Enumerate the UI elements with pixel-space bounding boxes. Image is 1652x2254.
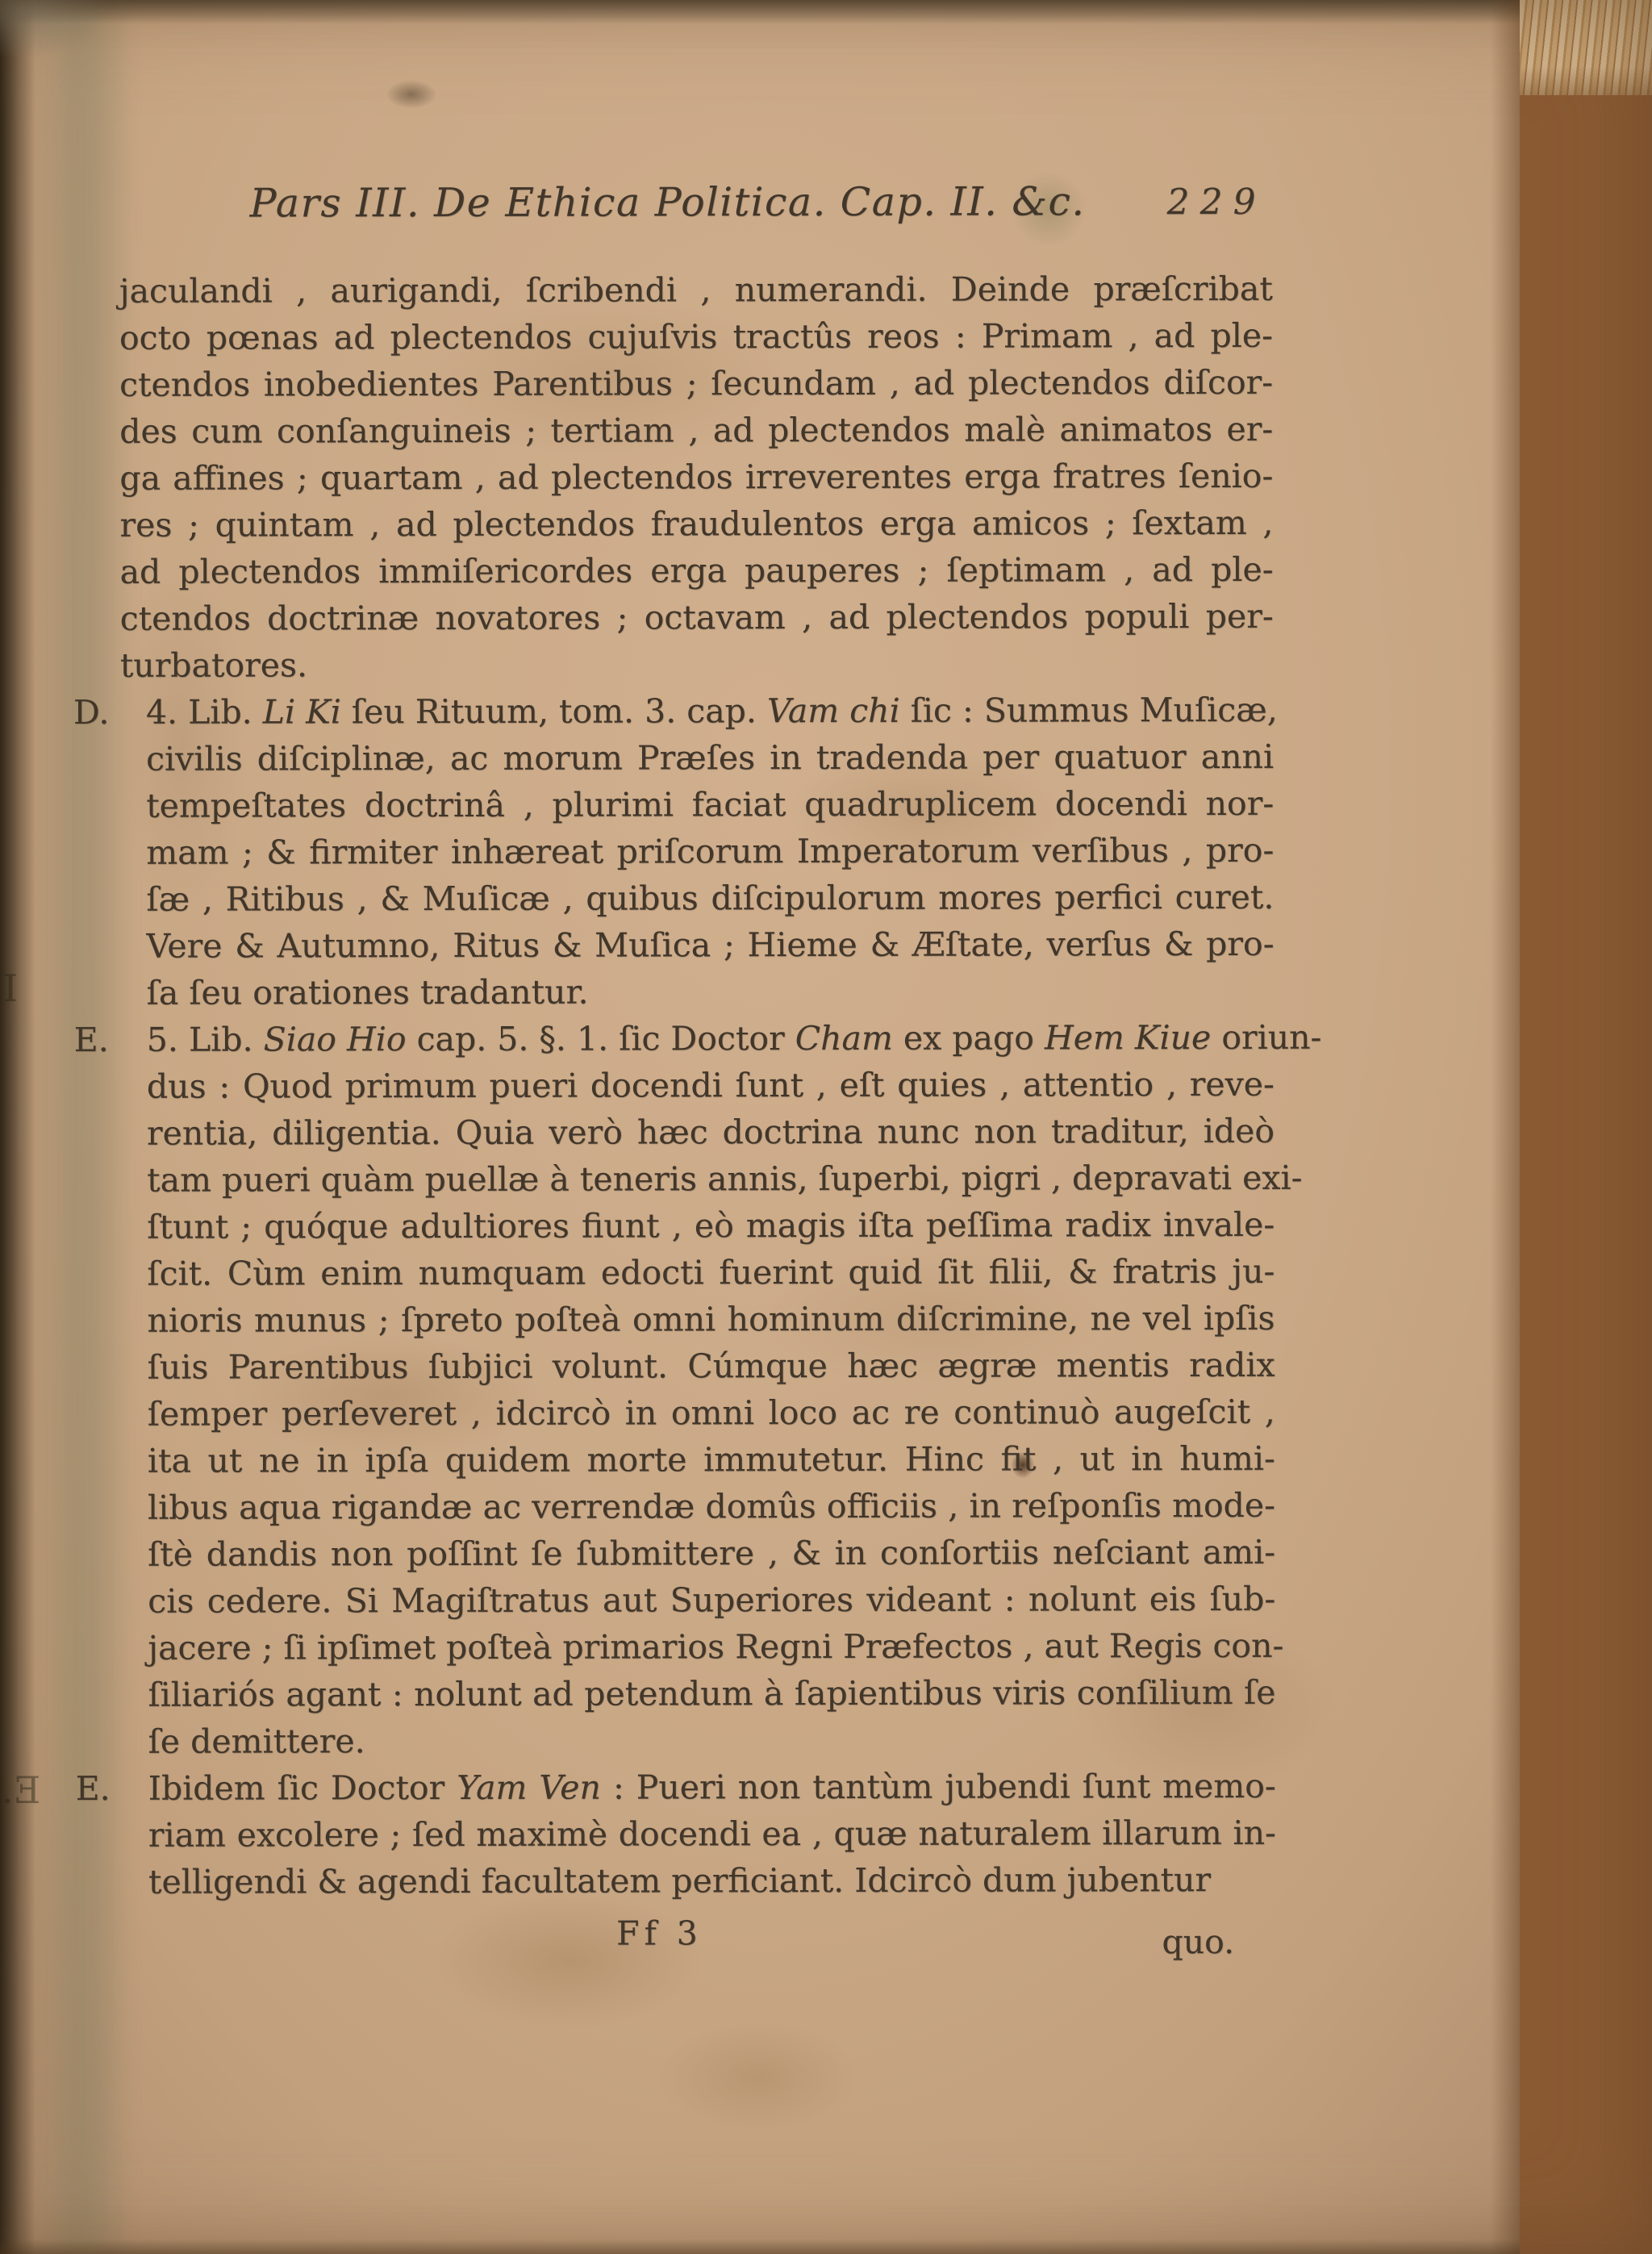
paragraph: E.Ibidem ſic Doctor Yam Ven : Pueri non … xyxy=(148,1763,1276,1905)
page-footer: Ff 3 quo. xyxy=(123,1913,1276,1964)
text-line: 5. Lib. Siao Hio cap. 5. §. 1. ſic Docto… xyxy=(147,1014,1274,1063)
text-line: ga affines ; quartam , ad plectendos irr… xyxy=(119,453,1273,502)
text-line: mam ; & firmiter inhæreat priſcorum Impe… xyxy=(146,827,1274,876)
catchword: quo. xyxy=(1162,1922,1234,1961)
text-line: telligendi & agendi facultatem perfician… xyxy=(148,1856,1276,1905)
text-line: jacere ; ſi ipſimet poſteà primarios Reg… xyxy=(148,1622,1275,1672)
paragraph-letter: E. xyxy=(74,1016,109,1063)
text-line: ad plectendos immiſericordes erga pauper… xyxy=(119,546,1273,595)
text-line: riam excolere ; ſed maximè docendi ea , … xyxy=(148,1809,1276,1859)
page-number: 229 xyxy=(1167,182,1266,223)
running-title: Pars III. De Ethica Politica. Cap. II. &… xyxy=(250,178,1086,226)
page-corner-shadow xyxy=(0,0,105,56)
text-line: ctendos doctrinæ novatores ; octavam , a… xyxy=(120,593,1274,642)
text-line: des cum conſanguineis ; tertiam , ad ple… xyxy=(119,406,1273,455)
text-line: ſiliariós agant : nolunt ad petendum à ſ… xyxy=(148,1669,1275,1718)
text-line: civilis diſciplinæ, ac morum Præſes in t… xyxy=(146,733,1274,783)
text-line: Vere & Autumno, Ritus & Muſica ; Hieme &… xyxy=(146,920,1274,970)
printed-content: Pars III. De Ethica Politica. Cap. II. &… xyxy=(0,0,1652,2254)
text-line: 4. Lib. Li Ki ſeu Rituum, tom. 3. cap. V… xyxy=(146,687,1274,736)
text-line: ita ut ne in ipſa quidem morte immutetur… xyxy=(148,1435,1275,1484)
text-line: tam pueri quàm puellæ à teneris annis, ſ… xyxy=(147,1154,1274,1204)
paragraph-letter: E. xyxy=(76,1765,111,1812)
page-paper: I E. Pars III. De Ethica Politica. Cap. … xyxy=(0,0,1652,2254)
text-line: ſcit. Cùm enim numquam edocti fuerint qu… xyxy=(147,1248,1274,1297)
text-line: ſæ , Ritibus , & Muſicæ , quibus diſcipu… xyxy=(146,874,1274,923)
text-line: ſa ſeu orationes tradantur. xyxy=(147,967,1274,1016)
signature-mark: Ff 3 xyxy=(616,1914,703,1952)
text-line: cis cedere. Si Magiſtratus aut Superiore… xyxy=(148,1576,1275,1625)
text-line: tempeſtates doctrinâ , plurimi faciat qu… xyxy=(146,780,1274,829)
text-line: libus aqua rigandæ ac verrendæ domûs off… xyxy=(148,1482,1275,1531)
text-line: res ; quintam , ad plectendos fraudulent… xyxy=(119,499,1273,549)
scanned-book-page: I E. Pars III. De Ethica Politica. Cap. … xyxy=(0,0,1652,2254)
paragraph: jaculandi , aurigandi, ſcribendi , numer… xyxy=(119,265,1274,689)
page-header: Pars III. De Ethica Politica. Cap. II. &… xyxy=(119,178,1273,234)
text-line: nioris munus ; ſpreto poſteà omni hominu… xyxy=(147,1295,1274,1344)
book-fore-edge-top xyxy=(1520,0,1652,95)
text-line: ſemper perſeveret , idcircò in omni loco… xyxy=(148,1388,1275,1438)
page-top-edge xyxy=(0,0,1652,24)
text-line: ſtè dandis non poſſint ſe ſubmittere , &… xyxy=(148,1529,1275,1578)
text-line: octo pœnas ad plectendos cujuſvis tractû… xyxy=(119,312,1273,361)
text-line: ctendos inobedientes Parentibus ; ſecund… xyxy=(119,359,1273,408)
text-line: rentia, diligentia. Quia verò hæc doctri… xyxy=(147,1108,1274,1157)
text-line: ſtunt ; quóque adultiores fiunt , eò mag… xyxy=(147,1201,1274,1250)
book-fore-edge xyxy=(1520,0,1652,2254)
paragraph: E.5. Lib. Siao Hio cap. 5. §. 1. ſic Doc… xyxy=(147,1014,1276,1765)
page-text: jaculandi , aurigandi, ſcribendi , numer… xyxy=(119,265,1276,1905)
paragraph-letter: D. xyxy=(73,689,110,736)
text-line: turbatores. xyxy=(120,640,1274,689)
text-line: ſe demittere. xyxy=(148,1716,1276,1765)
page-left-edge xyxy=(0,0,35,2254)
paragraph: D.4. Lib. Li Ki ſeu Rituum, tom. 3. cap.… xyxy=(146,687,1274,1016)
text-line: Ibidem ſic Doctor Yam Ven : Pueri non ta… xyxy=(148,1763,1276,1812)
text-line: jaculandi , aurigandi, ſcribendi , numer… xyxy=(119,265,1273,315)
text-line: dus : Quod primum pueri docendi ſunt , e… xyxy=(147,1061,1274,1110)
text-line: ſuis Parentibus ſubjici volunt. Cúmque h… xyxy=(148,1342,1275,1391)
page-bottom-edge xyxy=(0,2239,1652,2254)
